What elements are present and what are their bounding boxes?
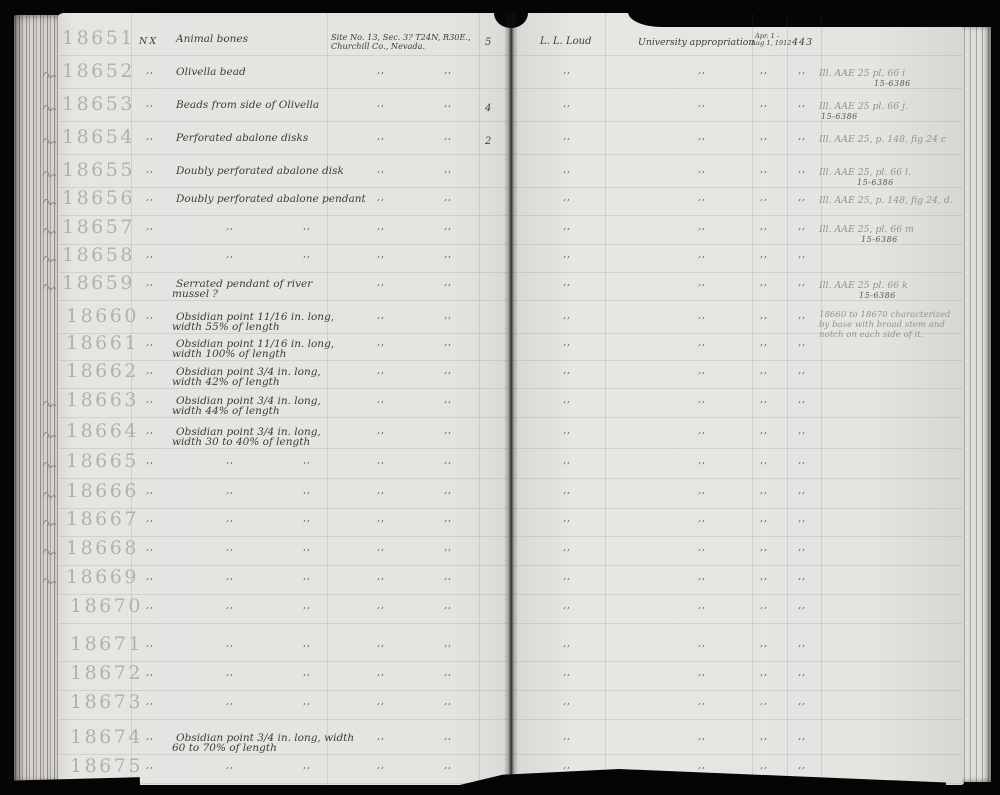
ditto-mark: ’’ (146, 72, 154, 82)
ditto-mark: ’’ (798, 199, 806, 209)
row-rule-line (58, 244, 962, 245)
ditto-mark: ’’ (563, 607, 571, 617)
ditto-mark: ’’ (226, 228, 234, 238)
ditto-mark: ’’ (798, 72, 806, 82)
specimen-number: 18659 (62, 272, 135, 294)
specimen-number: 18674 (70, 726, 143, 748)
ditto-mark: ’’ (698, 432, 706, 442)
ditto-mark: ’’ (698, 462, 706, 472)
remarks-note-line: 18660 to 18670 characterized (819, 310, 951, 320)
ditto-mark: ’’ (760, 284, 768, 294)
accession-number: 443 (792, 37, 813, 48)
ditto-mark: ’’ (377, 256, 385, 266)
ditto-mark: ’’ (698, 372, 706, 382)
ditto-mark: ’’ (698, 549, 706, 559)
ditto-mark: ’’ (146, 578, 154, 588)
ditto-mark: ’’ (303, 256, 311, 266)
ditto-mark: ’’ (798, 549, 806, 559)
specimen-number: 18673 (70, 691, 143, 713)
ditto-mark: ’’ (563, 703, 571, 713)
ditto-mark: ’’ (377, 171, 385, 181)
specimen-number: 18670 (70, 595, 143, 617)
ditto-mark: ’’ (760, 228, 768, 238)
scan-bottom-border (0, 785, 1000, 795)
ditto-mark: ’’ (146, 492, 154, 502)
ditto-mark: ’’ (760, 703, 768, 713)
description-line: 60 to 70% of length (172, 742, 277, 754)
column-divider-line (327, 13, 328, 785)
ditto-mark: ’’ (377, 462, 385, 472)
ditto-mark: ’’ (563, 738, 571, 748)
ditto-mark: ’’ (798, 171, 806, 181)
column-divider-line (821, 13, 822, 785)
ditto-mark: ’’ (798, 256, 806, 266)
ditto-mark: ’’ (146, 105, 154, 115)
ditto-mark: ’’ (698, 492, 706, 502)
ditto-mark: ’’ (444, 432, 452, 442)
ditto-mark: ’’ (798, 228, 806, 238)
ditto-mark: ’’ (798, 578, 806, 588)
row-rule-line (58, 417, 962, 418)
ditto-mark: ’’ (303, 578, 311, 588)
ditto-mark: ’’ (146, 138, 154, 148)
remarks-illustration-ref: Ill. AAE 25, pl. 66 l. (819, 167, 911, 178)
ditto-mark: ’’ (444, 401, 452, 411)
ditto-mark: ’’ (303, 462, 311, 472)
ditto-mark: ’’ (698, 645, 706, 655)
field-mark: NX (139, 36, 158, 47)
ditto-mark: ’’ (146, 432, 154, 442)
row-rule-line (58, 661, 962, 662)
remarks-catalog-number: 15-6386 (821, 112, 858, 121)
ditto-mark: ’’ (146, 199, 154, 209)
locality-line: Churchill Co., Nevada. (331, 41, 425, 51)
quantity-value: 2 (485, 136, 491, 147)
row-rule-line (58, 690, 962, 691)
ditto-mark: ’’ (760, 607, 768, 617)
ditto-mark: ’’ (798, 645, 806, 655)
specimen-number: 18661 (66, 332, 139, 354)
ditto-mark: ’’ (377, 738, 385, 748)
ditto-mark: ’’ (760, 645, 768, 655)
ditto-mark: ’’ (760, 105, 768, 115)
ditto-mark: ’’ (303, 674, 311, 684)
row-rule-line (58, 55, 962, 56)
ditto-mark: ’’ (377, 228, 385, 238)
ditto-mark: ’’ (760, 138, 768, 148)
row-rule-line (58, 508, 962, 509)
ditto-mark: ’’ (377, 401, 385, 411)
ditto-mark: ’’ (303, 645, 311, 655)
description-line: width 44% of length (172, 405, 280, 417)
ditto-mark: ’’ (444, 462, 452, 472)
ditto-mark: ’’ (146, 317, 154, 327)
ditto-mark: ’’ (698, 703, 706, 713)
ditto-mark: ’’ (444, 199, 452, 209)
ditto-mark: ’’ (698, 738, 706, 748)
description-line: Animal bones (176, 33, 248, 45)
ditto-mark: ’’ (760, 256, 768, 266)
ditto-mark: ’’ (444, 138, 452, 148)
ditto-mark: ’’ (377, 520, 385, 530)
ditto-mark: ’’ (798, 284, 806, 294)
ditto-mark: ’’ (698, 228, 706, 238)
remarks-catalog-number: 15-6386 (859, 291, 896, 300)
ditto-mark: ’’ (444, 317, 452, 327)
remarks-note-line: by base with broad stem and (819, 320, 945, 330)
ditto-mark: ’’ (377, 199, 385, 209)
quantity-value: 4 (485, 103, 491, 114)
ditto-mark: ’’ (698, 520, 706, 530)
ditto-mark: ’’ (798, 492, 806, 502)
ditto-mark: ’’ (563, 256, 571, 266)
ditto-mark: ’’ (698, 199, 706, 209)
ditto-mark: ’’ (563, 520, 571, 530)
ditto-mark: ’’ (146, 171, 154, 181)
specimen-number: 18666 (66, 480, 139, 502)
row-rule-line (58, 623, 962, 624)
ditto-mark: ’’ (760, 462, 768, 472)
ditto-mark: ’’ (377, 578, 385, 588)
ditto-mark: ’’ (303, 549, 311, 559)
ditto-mark: ’’ (798, 344, 806, 354)
ditto-mark: ’’ (226, 607, 234, 617)
specimen-number: 18664 (66, 420, 139, 442)
ditto-mark: ’’ (444, 645, 452, 655)
row-rule-line (58, 754, 962, 755)
ditto-mark: ’’ (444, 72, 452, 82)
page-stack-right-edge (962, 26, 993, 782)
ditto-mark: ’’ (146, 674, 154, 684)
ditto-mark: ’’ (444, 105, 452, 115)
specimen-number: 18663 (66, 389, 139, 411)
ditto-mark: ’’ (698, 317, 706, 327)
ditto-mark: ’’ (444, 578, 452, 588)
ditto-mark: ’’ (563, 138, 571, 148)
ditto-mark: ’’ (798, 138, 806, 148)
pencil-scribble-icon (42, 168, 58, 179)
ditto-mark: ’’ (377, 138, 385, 148)
specimen-number: 18657 (62, 216, 135, 238)
ditto-mark: ’’ (444, 284, 452, 294)
ditto-mark: ’’ (798, 607, 806, 617)
ditto-mark: ’’ (760, 674, 768, 684)
specimen-number: 18672 (70, 662, 143, 684)
remarks-illustration-ref: Ill. AAE 25 pl. 66 k (819, 280, 908, 291)
ditto-mark: ’’ (760, 171, 768, 181)
ditto-mark: ’’ (146, 256, 154, 266)
ditto-mark: ’’ (563, 105, 571, 115)
column-divider-line (752, 13, 753, 785)
ditto-mark: ’’ (698, 344, 706, 354)
ditto-mark: ’’ (760, 738, 768, 748)
ditto-mark: ’’ (760, 401, 768, 411)
page-fold-crease (504, 13, 518, 785)
description-line: width 30 to 40% of length (172, 436, 310, 448)
ditto-mark: ’’ (798, 401, 806, 411)
ditto-mark: ’’ (760, 492, 768, 502)
ditto-mark: ’’ (226, 549, 234, 559)
ditto-mark: ’’ (444, 228, 452, 238)
specimen-number: 18652 (62, 60, 135, 82)
specimen-number: 18668 (66, 537, 139, 559)
ditto-mark: ’’ (760, 372, 768, 382)
ditto-mark: ’’ (760, 344, 768, 354)
ditto-mark: ’’ (303, 703, 311, 713)
acquisition-date-line: Aug 1, 1912 (751, 39, 792, 47)
remarks-catalog-number: 15-6386 (861, 235, 898, 244)
ditto-mark: ’’ (146, 703, 154, 713)
book-binding-edge (0, 0, 14, 795)
specimen-number: 18658 (62, 244, 135, 266)
row-rule-line (58, 187, 962, 188)
row-rule-line (58, 154, 962, 155)
ditto-mark: ’’ (444, 492, 452, 502)
ditto-mark: ’’ (798, 520, 806, 530)
ditto-mark: ’’ (798, 767, 806, 777)
ditto-mark: ’’ (377, 317, 385, 327)
ditto-mark: ’’ (146, 767, 154, 777)
ditto-mark: ’’ (377, 645, 385, 655)
ditto-mark: ’’ (146, 645, 154, 655)
ditto-mark: ’’ (444, 520, 452, 530)
ditto-mark: ’’ (146, 401, 154, 411)
scan-top-right-shadow (628, 0, 1000, 27)
specimen-number: 18654 (62, 126, 135, 148)
ditto-mark: ’’ (760, 199, 768, 209)
ditto-mark: ’’ (563, 432, 571, 442)
description-line: Doubly perforated abalone pendant (176, 193, 366, 205)
ditto-mark: ’’ (444, 344, 452, 354)
ditto-mark: ’’ (377, 72, 385, 82)
description-line: width 55% of length (172, 321, 280, 333)
ditto-mark: ’’ (226, 674, 234, 684)
row-rule-line (58, 272, 962, 273)
ditto-mark: ’’ (444, 738, 452, 748)
collector-name: L. L. Loud (540, 36, 592, 47)
ditto-mark: ’’ (444, 372, 452, 382)
row-rule-line (58, 565, 962, 566)
ditto-mark: ’’ (798, 738, 806, 748)
ditto-mark: ’’ (146, 520, 154, 530)
pencil-scribble-icon (42, 281, 58, 292)
specimen-number: 18656 (62, 187, 135, 209)
ditto-mark: ’’ (444, 674, 452, 684)
ditto-mark: ’’ (377, 432, 385, 442)
row-rule-line (58, 215, 962, 216)
ditto-mark: ’’ (760, 317, 768, 327)
row-rule-line (58, 536, 962, 537)
row-rule-line (58, 448, 962, 449)
row-rule-line (58, 360, 962, 361)
ditto-mark: ’’ (760, 578, 768, 588)
ditto-mark: ’’ (563, 284, 571, 294)
ditto-mark: ’’ (146, 607, 154, 617)
ditto-mark: ’’ (444, 549, 452, 559)
ditto-mark: ’’ (698, 674, 706, 684)
ditto-mark: ’’ (226, 703, 234, 713)
remarks-catalog-number: 15-6386 (857, 178, 894, 187)
ditto-mark: ’’ (698, 284, 706, 294)
ditto-mark: ’’ (146, 372, 154, 382)
ditto-mark: ’’ (563, 372, 571, 382)
ditto-mark: ’’ (444, 767, 452, 777)
ditto-mark: ’’ (226, 578, 234, 588)
ditto-mark: ’’ (698, 72, 706, 82)
how-acquired: University appropriation (638, 37, 754, 48)
ditto-mark: ’’ (798, 703, 806, 713)
ditto-mark: ’’ (146, 738, 154, 748)
pencil-scribble-icon (42, 135, 58, 146)
ditto-mark: ’’ (146, 462, 154, 472)
ditto-mark: ’’ (563, 578, 571, 588)
description-line: Perforated abalone disks (176, 132, 308, 144)
row-rule-line (58, 121, 962, 122)
ditto-mark: ’’ (563, 317, 571, 327)
ditto-mark: ’’ (303, 228, 311, 238)
description-line: width 42% of length (172, 376, 280, 388)
scan-right-border (991, 0, 1000, 795)
description-line: Olivella bead (176, 66, 246, 78)
pencil-scribble-icon (42, 429, 58, 440)
ditto-mark: ’’ (377, 549, 385, 559)
ditto-mark: ’’ (698, 607, 706, 617)
ditto-mark: ’’ (226, 256, 234, 266)
row-rule-line (58, 88, 962, 89)
description-line: width 100% of length (172, 348, 286, 360)
ditto-mark: ’’ (563, 645, 571, 655)
pencil-scribble-icon (42, 575, 58, 586)
quantity-value: 5 (485, 37, 491, 48)
ditto-mark: ’’ (226, 520, 234, 530)
remarks-illustration-ref: Ill. AAE 25 pl. 66 i (819, 68, 905, 79)
ditto-mark: ’’ (563, 462, 571, 472)
ditto-mark: ’’ (798, 462, 806, 472)
ditto-mark: ’’ (377, 284, 385, 294)
specimen-number: 18665 (66, 450, 139, 472)
row-rule-line (58, 478, 962, 479)
ditto-mark: ’’ (146, 344, 154, 354)
scan-bottom-left-shadow (0, 777, 140, 795)
pencil-scribble-icon (42, 546, 58, 557)
ditto-mark: ’’ (563, 344, 571, 354)
ditto-mark: ’’ (798, 674, 806, 684)
remarks-illustration-ref: Ill. AAE 25, p. 148, fig 24, d. (819, 195, 953, 206)
specimen-number: 18653 (62, 93, 135, 115)
pencil-scribble-icon (42, 459, 58, 470)
ditto-mark: ’’ (563, 228, 571, 238)
remarks-catalog-number: 15-6386 (874, 79, 911, 88)
description-line: Doubly perforated abalone disk (176, 165, 344, 177)
remarks-illustration-ref: Ill. AAE 25 pl. 66 j. (819, 101, 908, 112)
pencil-scribble-icon (42, 69, 58, 80)
ditto-mark: ’’ (444, 607, 452, 617)
ditto-mark: ’’ (146, 549, 154, 559)
remarks-note-line: notch on each side of it. (819, 330, 923, 340)
ditto-mark: ’’ (698, 401, 706, 411)
description-line: mussel ? (172, 288, 218, 300)
ditto-mark: ’’ (146, 228, 154, 238)
pencil-scribble-icon (42, 489, 58, 500)
remarks-illustration-ref: Ill. AAE 25, pl. 66 m (819, 224, 914, 235)
ditto-mark: ’’ (563, 674, 571, 684)
ditto-mark: ’’ (563, 401, 571, 411)
ditto-mark: ’’ (377, 344, 385, 354)
ditto-mark: ’’ (798, 317, 806, 327)
ditto-mark: ’’ (303, 607, 311, 617)
pencil-scribble-icon (42, 196, 58, 207)
ditto-mark: ’’ (226, 462, 234, 472)
ditto-mark: ’’ (226, 645, 234, 655)
specimen-number: 18651 (62, 27, 135, 49)
row-rule-line (58, 300, 962, 301)
row-rule-line (58, 594, 962, 595)
pencil-scribble-icon (42, 398, 58, 409)
ditto-mark: ’’ (303, 520, 311, 530)
ditto-mark: ’’ (377, 492, 385, 502)
pencil-scribble-icon (42, 225, 58, 236)
ditto-mark: ’’ (698, 171, 706, 181)
specimen-number: 18655 (62, 159, 135, 181)
ditto-mark: ’’ (444, 171, 452, 181)
ditto-mark: ’’ (563, 171, 571, 181)
ditto-mark: ’’ (698, 138, 706, 148)
ditto-mark: ’’ (303, 767, 311, 777)
row-rule-line (58, 719, 962, 720)
remarks-illustration-ref: Ill. AAE 25, p. 148, fig 24 c (819, 134, 946, 145)
ditto-mark: ’’ (146, 284, 154, 294)
ditto-mark: ’’ (377, 607, 385, 617)
ditto-mark: ’’ (698, 256, 706, 266)
ditto-mark: ’’ (698, 578, 706, 588)
ditto-mark: ’’ (760, 432, 768, 442)
column-divider-line (787, 13, 788, 785)
ditto-mark: ’’ (444, 703, 452, 713)
ditto-mark: ’’ (377, 703, 385, 713)
pencil-scribble-icon (42, 102, 58, 113)
pencil-scribble-icon (42, 517, 58, 528)
specimen-number: 18671 (70, 633, 143, 655)
column-divider-line (479, 13, 480, 785)
ditto-mark: ’’ (563, 199, 571, 209)
ditto-mark: ’’ (760, 549, 768, 559)
specimen-number: 18662 (66, 360, 139, 382)
ditto-mark: ’’ (798, 372, 806, 382)
ditto-mark: ’’ (377, 767, 385, 777)
ditto-mark: ’’ (563, 492, 571, 502)
ditto-mark: ’’ (760, 72, 768, 82)
specimen-number: 18675 (70, 755, 143, 777)
ditto-mark: ’’ (226, 492, 234, 502)
specimen-number: 18660 (66, 305, 139, 327)
ditto-mark: ’’ (377, 105, 385, 115)
ditto-mark: ’’ (444, 256, 452, 266)
ditto-mark: ’’ (563, 549, 571, 559)
ditto-mark: ’’ (377, 372, 385, 382)
specimen-number: 18667 (66, 508, 139, 530)
ditto-mark: ’’ (798, 432, 806, 442)
description-line: Beads from side of Olivella (176, 99, 319, 111)
specimen-number: 18669 (66, 566, 139, 588)
ditto-mark: ’’ (563, 72, 571, 82)
scanned-catalog-page: 18651NXAnimal bonesSite No. 13, Sec. 3? … (0, 0, 1000, 795)
ditto-mark: ’’ (798, 105, 806, 115)
ditto-mark: ’’ (377, 674, 385, 684)
pencil-scribble-icon (42, 253, 58, 264)
ditto-mark: ’’ (760, 520, 768, 530)
ditto-mark: ’’ (226, 767, 234, 777)
row-rule-line (58, 388, 962, 389)
